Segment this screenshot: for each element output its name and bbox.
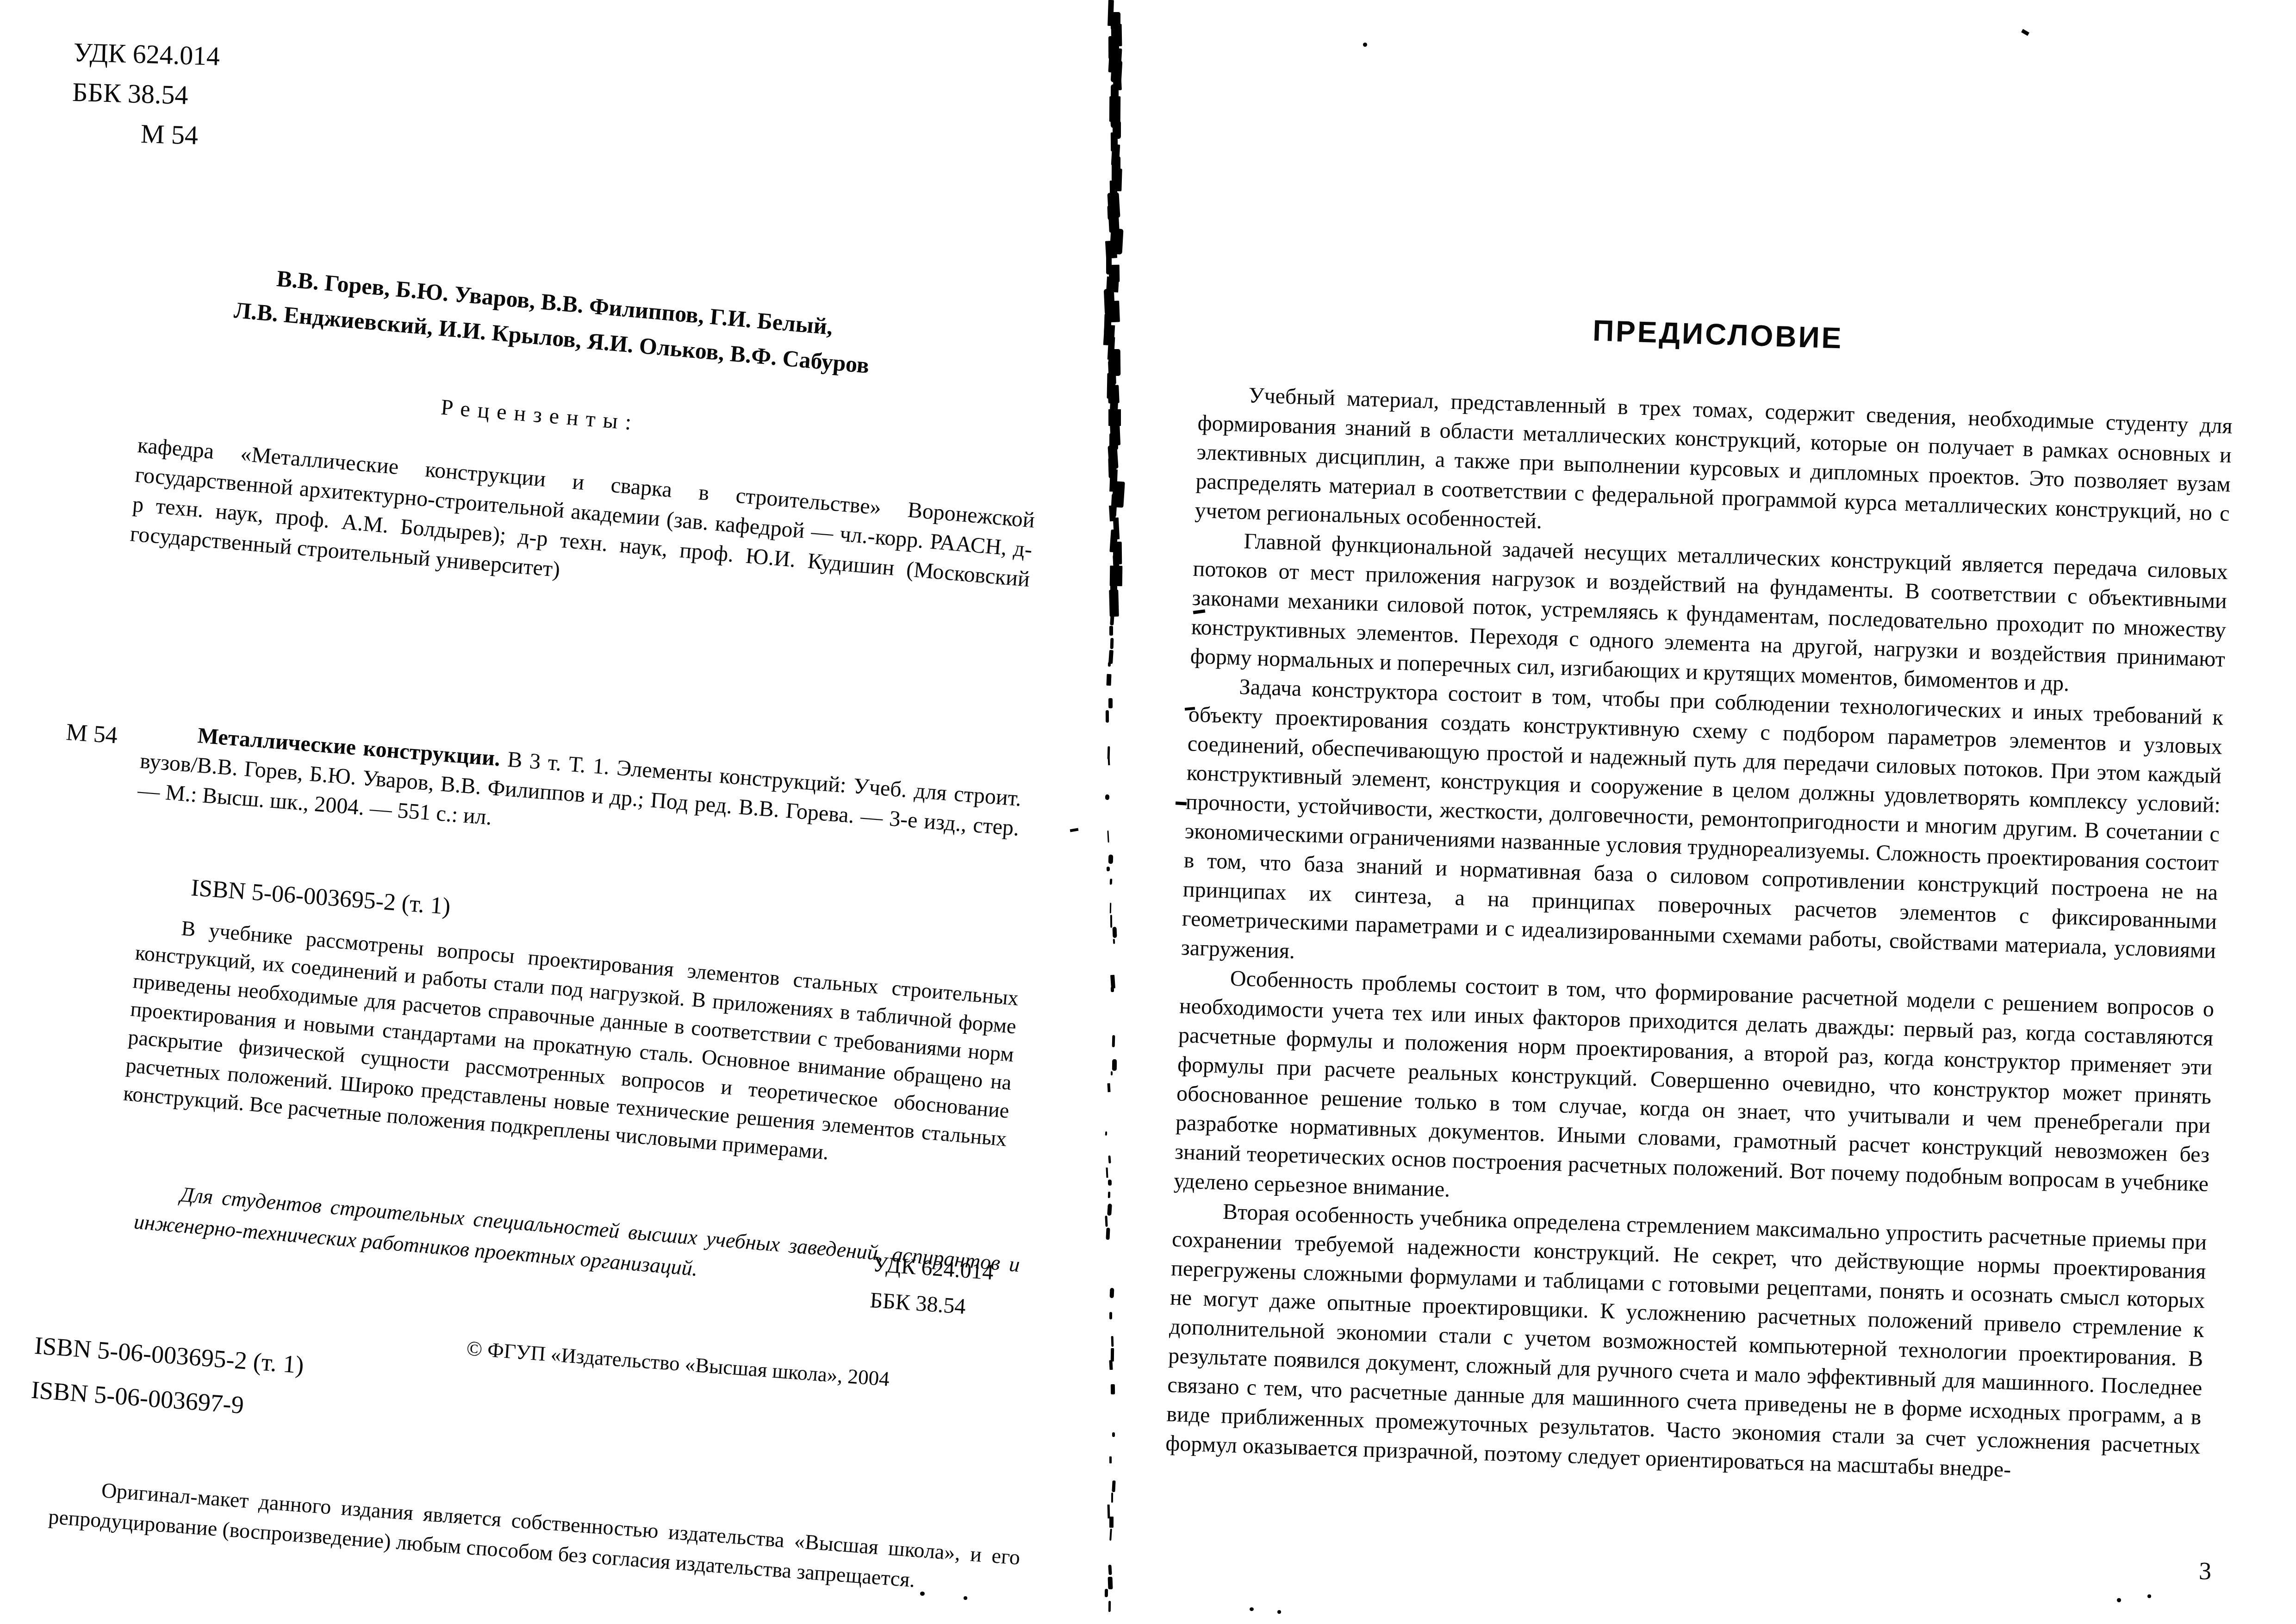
gutter-streak-segment <box>1108 698 1112 708</box>
reviewers-heading: Рецензенты: <box>440 394 640 436</box>
gutter-streak-segment <box>1108 1180 1112 1186</box>
gutter-streak-segment <box>1111 1336 1114 1347</box>
preface-paragraph: Вторая особенность учебника определена с… <box>1165 1195 2207 1490</box>
gutter-streak-segment <box>1110 638 1114 649</box>
gutter-streak-segment <box>1113 927 1117 938</box>
scan-speck <box>1070 828 1079 832</box>
bibliographic-details: В 3 т. Т. 1. Элементы конструкций: Учеб.… <box>137 746 1022 840</box>
preface-title: ПРЕДИСЛОВИЕ <box>1201 301 2235 368</box>
gutter-streak-segment <box>1107 867 1110 871</box>
scan-speck <box>2147 1594 2151 1598</box>
classification-codes-right: УДК 624.014 ББК 38.54 <box>869 1246 995 1327</box>
scan-speck <box>2021 29 2029 36</box>
gutter-streak-segment <box>1105 1216 1108 1227</box>
gutter-streak-segment <box>1112 1432 1115 1437</box>
gutter-streak-segment <box>1111 1071 1113 1075</box>
annotation-paragraph: В учебнике рассмотрены вопросы проектиро… <box>122 910 1020 1181</box>
isbn-volume: ISBN 5-06-003695-2 (т. 1) <box>190 874 452 920</box>
scan-speck <box>1363 43 1367 47</box>
preface-paragraph: Особенность проблемы состоит в том, что … <box>1173 962 2215 1228</box>
gutter-streak-segment <box>1109 1288 1114 1298</box>
isbn-block: ISBN 5-06-003695-2 (т. 1) ISBN 5-06-0036… <box>30 1323 305 1431</box>
scan-speck <box>1250 1607 1254 1611</box>
gutter-streak-segment <box>1109 1529 1112 1541</box>
scan-speck <box>1176 801 1187 806</box>
gutter-streak-segment <box>1112 1035 1115 1047</box>
reviewers-paragraph: кафедра «Металлические конструкции и сва… <box>129 431 1036 624</box>
preface-page: ПРЕДИСЛОВИЕ Учебный материал, представле… <box>1165 301 2235 1490</box>
gutter-streak-segment <box>1108 1192 1110 1198</box>
gutter-streak-segment <box>1109 1312 1112 1319</box>
gutter-streak-segment <box>1109 903 1111 913</box>
gutter-streak-segment <box>1113 939 1115 944</box>
gutter-streak-segment <box>1106 710 1109 723</box>
gutter-streak-segment <box>1112 1480 1115 1492</box>
catalog-code-entry: М 54 <box>65 718 118 750</box>
book-spread-scan: УДК 624.014 ББК 38.54 М 54 В.В. Горев, Б… <box>0 0 2296 1624</box>
gutter-streak-segment <box>1104 1589 1108 1597</box>
gutter-streak-segment <box>1108 1565 1112 1575</box>
catalog-code-top: М 54 <box>71 112 218 156</box>
udc-code: УДК 624.014 <box>73 32 221 76</box>
bbk-code: ББК 38.54 <box>72 72 219 116</box>
gutter-streak-segment <box>1106 1228 1110 1240</box>
gutter-streak-segment <box>1112 1059 1117 1071</box>
gutter-streak-segment <box>1111 1384 1115 1394</box>
gutter-streak-segment <box>1105 794 1110 800</box>
gutter-streak-segment <box>1109 879 1112 885</box>
gutter-streak-segment <box>1110 614 1114 625</box>
gutter-streak-segment <box>1107 1083 1110 1092</box>
gutter-streak-segment <box>1105 1131 1107 1136</box>
copyright-line: © ФГУП «Издательство «Высшая школа», 200… <box>466 1336 890 1391</box>
gutter-streak-segment <box>1108 831 1109 843</box>
gutter-streak-segment <box>1107 1204 1112 1216</box>
gutter-streak-segment <box>1111 1348 1114 1362</box>
gutter-streak-segment <box>1108 1156 1111 1163</box>
gutter-streak-segment <box>1108 855 1113 864</box>
gutter-streak-segment <box>1108 662 1111 667</box>
classification-codes-top: УДК 624.014 ББК 38.54 М 54 <box>71 32 221 156</box>
gutter-streak-segment <box>1108 758 1110 765</box>
gutter-streak-segment <box>1109 626 1113 636</box>
bibliographic-entry: Металлические конструкции. В 3 т. Т. 1. … <box>137 717 1022 873</box>
gutter-streak-segment <box>1106 1168 1108 1178</box>
scan-speck <box>964 1596 967 1600</box>
gutter-streak-segment <box>1108 1601 1111 1612</box>
scan-speck <box>2117 1598 2121 1602</box>
authors-list: В.В. Горев, Б.Ю. Уваров, В.В. Филиппов, … <box>177 252 930 388</box>
gutter-streak-segment <box>1109 1360 1113 1370</box>
page-number: 3 <box>2198 1556 2212 1586</box>
gutter-streak-segment <box>1109 1456 1112 1463</box>
gutter-streak-segment <box>1107 674 1112 686</box>
binding-gutter-artifact <box>1098 0 1135 1624</box>
imprint-notice: Оригинал-макет данного издания является … <box>47 1471 1021 1602</box>
gutter-streak-segment <box>1108 746 1110 759</box>
gutter-streak-segment <box>1110 975 1115 989</box>
preface-paragraph: Задача конструктора состоит в том, чтобы… <box>1181 671 2224 995</box>
scan-speck <box>1277 1610 1281 1614</box>
gutter-streak-segment <box>1108 1577 1113 1589</box>
gutter-streak-segment <box>1111 987 1114 992</box>
scan-speck <box>920 1592 925 1596</box>
gutter-streak-segment <box>1111 1493 1113 1503</box>
gutter-streak-segment <box>1110 915 1112 928</box>
gutter-streak-segment <box>1109 1517 1114 1528</box>
